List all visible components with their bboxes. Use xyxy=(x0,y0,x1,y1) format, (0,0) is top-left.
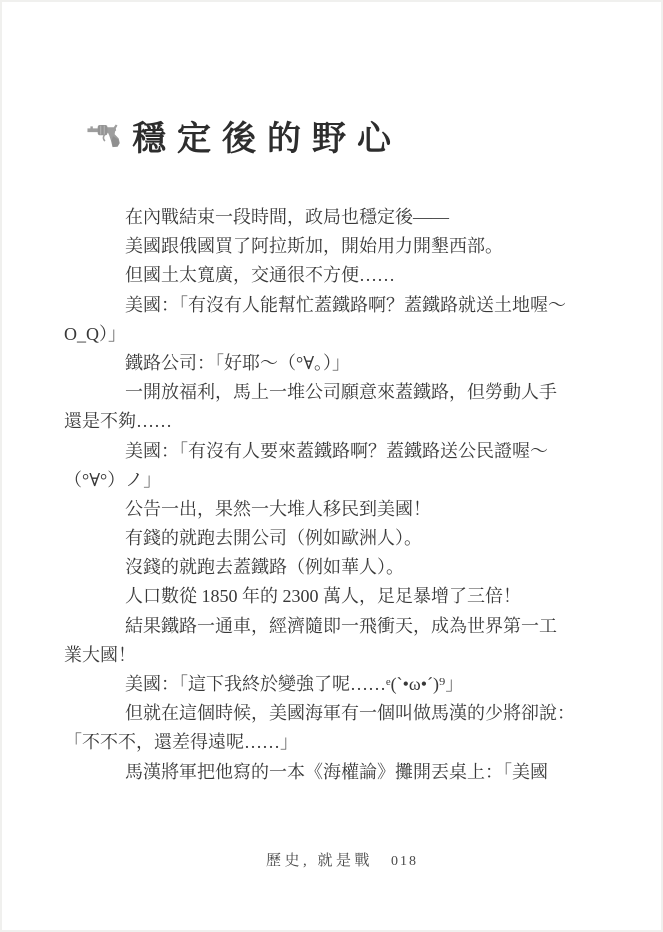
book-page: 穩定後的野心 在內戰結束一段時間，政局也穩定後——美國跟俄國買了阿拉斯加，開始用… xyxy=(0,0,663,932)
text-line: 公告一出，果然一大堆人移民到美國！ xyxy=(64,495,612,524)
text-line: 但就在這個時候，美國海軍有一個叫做馬漢的少將卻說： xyxy=(64,699,612,728)
text-line: 有錢的就跑去開公司（例如歐洲人）。 xyxy=(64,524,612,553)
text-line: 馬漢將軍把他寫的一本《海權論》攤開丟桌上：「美國 xyxy=(64,758,612,787)
text-line: 結果鐵路一通車，經濟隨即一飛衝天，成為世界第一工 xyxy=(64,612,612,641)
text-line: 沒錢的就跑去蓋鐵路（例如華人）。 xyxy=(64,553,612,582)
page-number: 018 xyxy=(391,854,418,870)
text-line: 「不不不，還差得遠呢……」 xyxy=(64,728,612,757)
body-text: 在內戰結束一段時間，政局也穩定後——美國跟俄國買了阿拉斯加，開始用力開墾西部。但… xyxy=(64,203,612,787)
text-line: O_Q）」 xyxy=(64,320,612,349)
text-line: 業大國！ xyxy=(64,641,612,670)
chapter-header: 穩定後的野心 xyxy=(86,112,402,158)
text-line: 一開放福利，馬上一堆公司願意來蓋鐵路，但勞動人手 xyxy=(64,378,612,407)
text-line: 美國：「有沒有人要來蓋鐵路啊？蓋鐵路送公民證喔～ xyxy=(64,437,612,466)
page-footer: 歷史, 就是戰 018 xyxy=(266,849,418,870)
text-line: 美國：「有沒有人能幫忙蓋鐵路啊？蓋鐵路就送土地喔～ xyxy=(64,291,612,320)
text-line: 鐵路公司：「好耶～（°∀。）」 xyxy=(64,349,612,378)
book-title: 歷史, 就是戰 xyxy=(266,849,373,870)
text-line: 還是不夠…… xyxy=(64,407,612,436)
text-line: （°∀°）ノ」 xyxy=(64,466,612,495)
revolver-icon xyxy=(86,120,125,150)
text-line: 但國土太寬廣，交通很不方便…… xyxy=(64,261,612,290)
text-line: 美國跟俄國買了阿拉斯加，開始用力開墾西部。 xyxy=(64,232,612,261)
text-line: 在內戰結束一段時間，政局也穩定後—— xyxy=(64,203,612,232)
text-line: 美國：「這下我終於變強了呢……ᵉ(`•ω•´)⁹」 xyxy=(64,670,612,699)
chapter-title: 穩定後的野心 xyxy=(132,111,402,160)
text-line: 人口數從 1850 年的 2300 萬人，足足暴增了三倍！ xyxy=(64,582,612,611)
